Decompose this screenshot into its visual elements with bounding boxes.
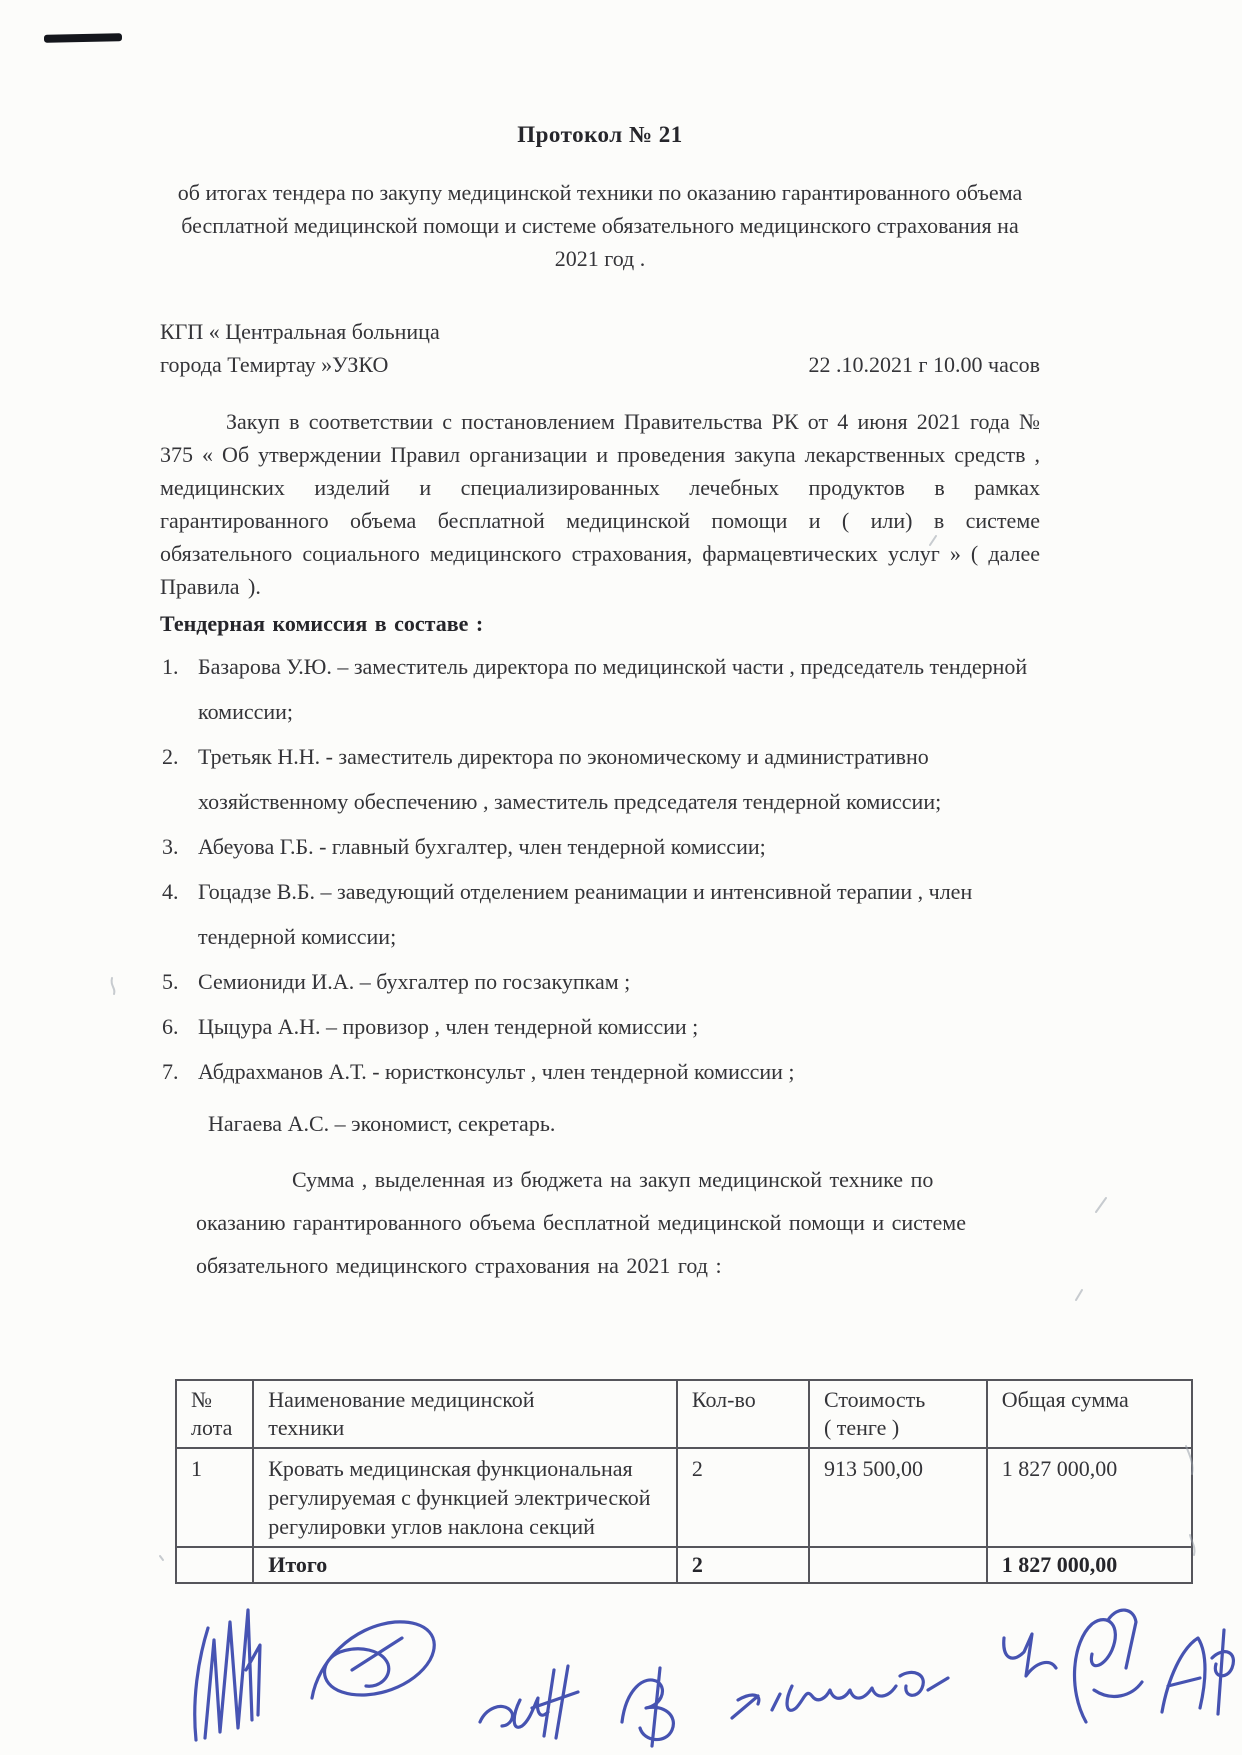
header-lot-number: № лота [176, 1380, 253, 1448]
commission-member: 6. Цыцура А.Н. – провизор , член тендерн… [160, 1004, 1040, 1049]
signature-8 [1162, 1630, 1233, 1714]
cell-total-label: Итого [253, 1547, 677, 1583]
member-number: 1. [162, 644, 179, 689]
intro-paragraph: Закуп в соответствии с постановлением Пр… [160, 405, 1040, 603]
table-total-row: Итого 2 1 827 000,00 [176, 1547, 1192, 1583]
organization-line1: КГП « Центральная больница [160, 315, 440, 348]
organization-block: КГП « Центральная больница города Темирт… [160, 315, 440, 381]
cell-total-price [809, 1547, 987, 1583]
member-number: 5. [162, 959, 179, 1004]
cell-grand-total: 1 827 000,00 [987, 1547, 1192, 1583]
commission-member: 4. Гоцадзе В.Б. – заведующий отделением … [160, 869, 1040, 959]
document-page: Протокол № 21 об итогах тендера по закуп… [0, 0, 1242, 1755]
header-row: КГП « Центральная больница города Темирт… [160, 315, 1040, 381]
signature-3 [480, 1666, 578, 1738]
member-text: Гоцадзе В.Б. – заведующий отделением реа… [198, 879, 972, 949]
cell-empty [176, 1547, 253, 1583]
secretary-line: Нагаева А.С. – экономист, секретарь. [208, 1102, 1040, 1146]
member-number: 2. [162, 734, 179, 779]
member-text: Цыцура А.Н. – провизор , член тендерной … [198, 1014, 698, 1039]
document-title: Протокол № 21 [160, 120, 1040, 150]
member-number: 7. [162, 1049, 179, 1094]
member-text: Базарова У.Ю. – заместитель директора по… [198, 654, 1027, 724]
signature-4 [622, 1668, 673, 1746]
member-text: Третьяк Н.Н. - заместитель директора по … [198, 744, 941, 814]
document-subtitle: об итогах тендера по закупу медицинской … [170, 176, 1030, 275]
signature-5 [732, 1672, 948, 1718]
signature-2 [312, 1622, 434, 1698]
table-header-row: № лота Наименование медицинской техники … [176, 1380, 1192, 1448]
cell-total-quantity: 2 [677, 1547, 809, 1583]
cell-lot-number: 1 [176, 1448, 253, 1547]
commission-member: 5. Семиониди И.А. – бухгалтер по госзаку… [160, 959, 1040, 1004]
table-row: 1 Кровать медицинская функциональная рег… [176, 1448, 1192, 1547]
commission-member: 3. Абеуова Г.Б. - главный бухгалтер, чле… [160, 824, 1040, 869]
member-text: Абеуова Г.Б. - главный бухгалтер, член т… [198, 834, 766, 859]
header-total: Общая сумма [987, 1380, 1192, 1448]
organization-line2: города Темиртау »УЗКО [160, 348, 440, 381]
signature-7 [1075, 1610, 1142, 1722]
signature-6 [1004, 1634, 1056, 1676]
header-price: Стоимость ( тенге ) [809, 1380, 987, 1448]
commission-member: 7. Абдрахманов А.Т. - юристконсульт , чл… [160, 1049, 1040, 1094]
lots-table: № лота Наименование медицинской техники … [175, 1379, 1193, 1584]
member-number: 4. [162, 869, 179, 914]
header-quantity: Кол-во [677, 1380, 809, 1448]
cell-total: 1 827 000,00 [987, 1448, 1192, 1547]
member-text: Абдрахманов А.Т. - юристконсульт , член … [198, 1059, 795, 1084]
budget-paragraph: Сумма , выделенная из бюджета на закуп м… [196, 1158, 1000, 1287]
header-equipment-name: Наименование медицинской техники [253, 1380, 677, 1448]
commission-member: 2. Третьяк Н.Н. - заместитель директора … [160, 734, 1040, 824]
commission-heading: Тендерная комиссия в составе : [160, 607, 1040, 640]
commission-list: 1. Базарова У.Ю. – заместитель директора… [160, 644, 1040, 1094]
signature-1 [195, 1610, 260, 1740]
cell-price: 913 500,00 [809, 1448, 987, 1547]
member-text: Семиониди И.А. – бухгалтер по госзакупка… [198, 969, 630, 994]
cell-quantity: 2 [677, 1448, 809, 1547]
commission-member: 1. Базарова У.Ю. – заместитель директора… [160, 644, 1040, 734]
date-time: 22 .10.2021 г 10.00 часов [808, 348, 1040, 381]
member-number: 3. [162, 824, 179, 869]
member-number: 6. [162, 1004, 179, 1049]
cell-equipment-name: Кровать медицинская функциональная регул… [253, 1448, 677, 1547]
scan-corner-mark [44, 33, 122, 43]
